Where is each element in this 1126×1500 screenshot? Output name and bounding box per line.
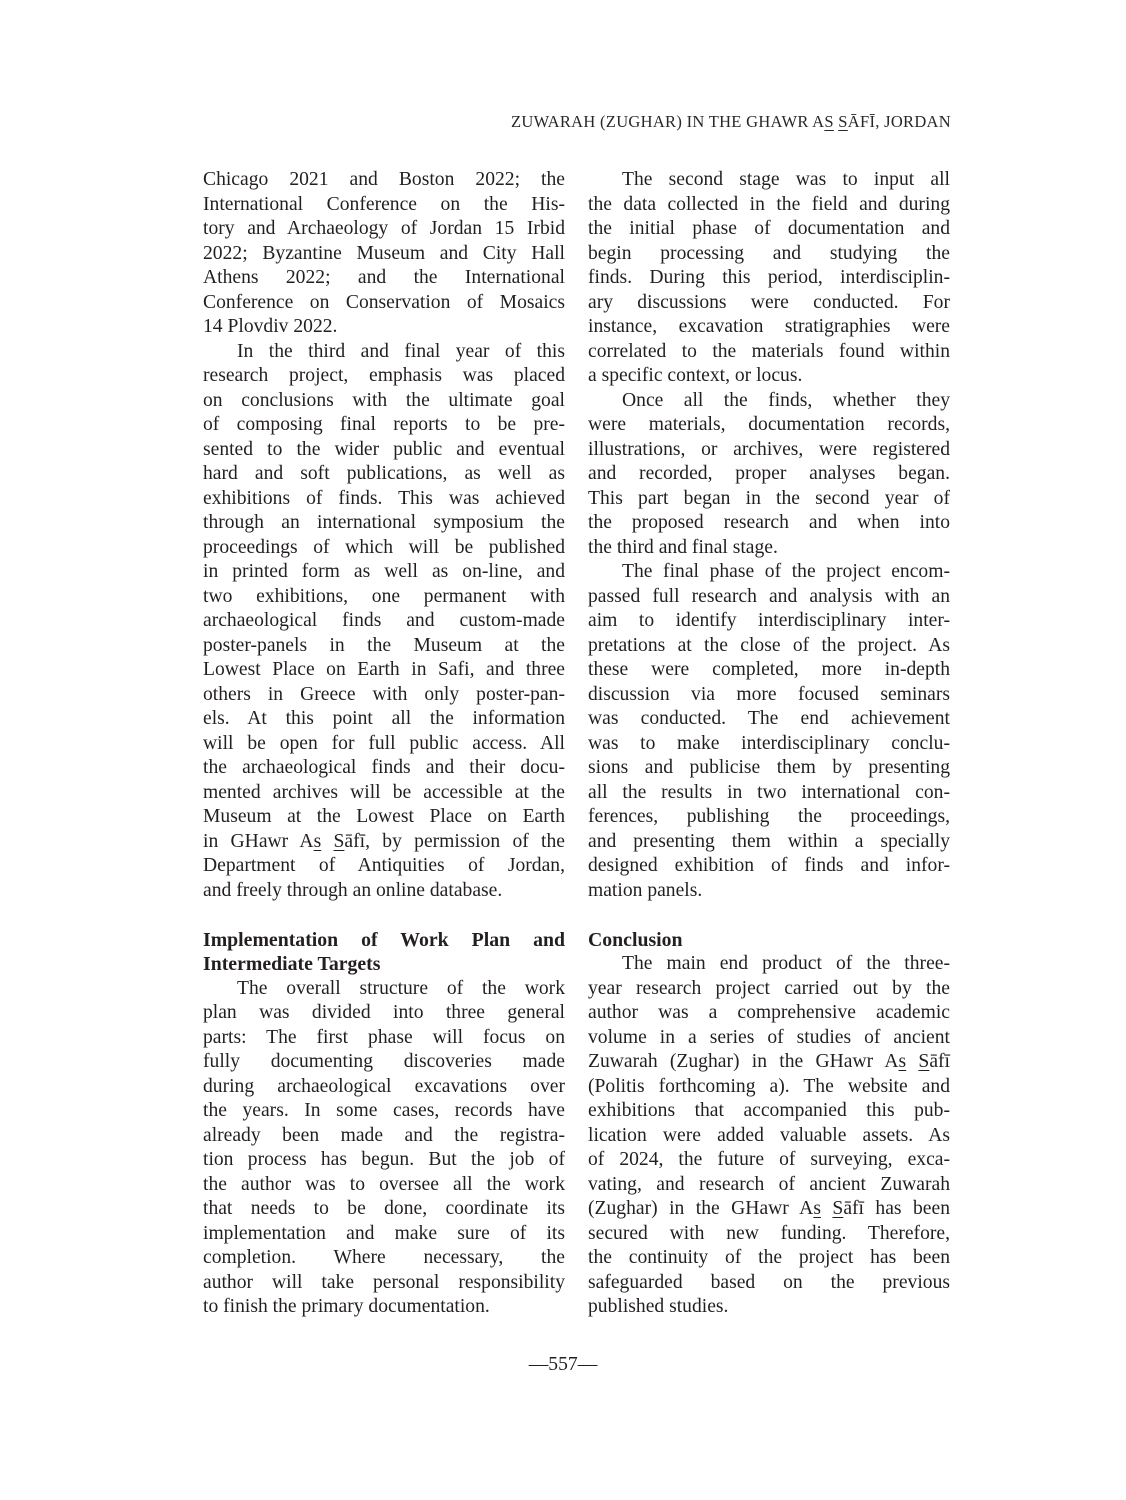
- text-line: a specific context, or locus.: [588, 364, 950, 389]
- text-line: the author was to oversee all the work: [203, 1173, 565, 1198]
- text-line: ferences, publishing the proceedings,: [588, 805, 950, 830]
- text-line: designed exhibition of finds and infor-: [588, 854, 950, 879]
- text-line: author was a comprehensive academic: [588, 1001, 950, 1026]
- text-line: of composing final reports to be pre-: [203, 413, 565, 438]
- text-line: This part began in the second year of: [588, 487, 950, 512]
- right-column: The second stage was to input all the da…: [588, 168, 950, 1320]
- text-line: International Conference on the His-: [203, 193, 565, 218]
- text-line: all the results in two international con…: [588, 781, 950, 806]
- text-line: to finish the primary documentation.: [203, 1295, 565, 1320]
- text-line: archaeological finds and custom-made: [203, 609, 565, 634]
- section-heading-conclusion: Conclusion: [588, 928, 950, 953]
- text-line: two exhibitions, one permanent with: [203, 585, 565, 610]
- paragraph-conferences: Chicago 2021 and Boston 2022; the Intern…: [203, 168, 565, 340]
- text-line: 2022; Byzantine Museum and City Hall: [203, 242, 565, 267]
- text-line: the initial phase of documentation and: [588, 217, 950, 242]
- running-head: ZUWARAH (ZUGHAR) IN THE GHAWR AS SĀFĪ, J…: [511, 112, 951, 132]
- text-line: safeguarded based on the previous: [588, 1271, 950, 1296]
- text-line: these were completed, more in-depth: [588, 658, 950, 683]
- text-line: exhibitions that accompanied this pub-: [588, 1099, 950, 1124]
- text-line: The final phase of the project encom-: [588, 560, 950, 585]
- text-line: on conclusions with the ultimate goal: [203, 389, 565, 414]
- text-line: the continuity of the project has been: [588, 1246, 950, 1271]
- text-line: was to make interdisciplinary conclu-: [588, 732, 950, 757]
- heading-line: Intermediate Targets: [203, 952, 565, 977]
- text-line: illustrations, or archives, were registe…: [588, 438, 950, 463]
- paragraph-final-phase: The final phase of the project encom- pa…: [588, 560, 950, 903]
- text-line: The main end product of the three-: [588, 952, 950, 977]
- text-line: pretations at the close of the project. …: [588, 634, 950, 659]
- left-column: Chicago 2021 and Boston 2022; the Intern…: [203, 168, 565, 1320]
- text-line: 14 Plovdiv 2022.: [203, 315, 565, 340]
- text-line: volume in a series of studies of ancient: [588, 1026, 950, 1051]
- text-line: aim to identify interdisciplinary inter-: [588, 609, 950, 634]
- text-line: lication were added valuable assets. As: [588, 1124, 950, 1149]
- text-line: poster-panels in the Museum at the: [203, 634, 565, 659]
- text-line: mation panels.: [588, 879, 950, 904]
- text-line: author will take personal responsibility: [203, 1271, 565, 1296]
- text-line: Once all the finds, whether they: [588, 389, 950, 414]
- text-line: that needs to be done, coordinate its: [203, 1197, 565, 1222]
- text-line: tion process has begun. But the job of: [203, 1148, 565, 1173]
- text-line: research project, emphasis was placed: [203, 364, 565, 389]
- text-line: els. At this point all the information: [203, 707, 565, 732]
- text-line: in printed form as well as on-line, and: [203, 560, 565, 585]
- paragraph-second-stage: The second stage was to input all the da…: [588, 168, 950, 389]
- text-line: exhibitions of finds. This was achieved: [203, 487, 565, 512]
- text-line: hard and soft publications, as well as: [203, 462, 565, 487]
- text-line: will be open for full public access. All: [203, 732, 565, 757]
- text-line: implementation and make sure of its: [203, 1222, 565, 1247]
- text-line: instance, excavation stratigraphies were: [588, 315, 950, 340]
- text-line: secured with new funding. Therefore,: [588, 1222, 950, 1247]
- text-line: Department of Antiquities of Jordan,: [203, 854, 565, 879]
- text-line: and presenting them within a specially: [588, 830, 950, 855]
- text-line: year research project carried out by the: [588, 977, 950, 1002]
- running-head-text: ZUWARAH (ZUGHAR) IN THE GHAWR AS SĀFĪ, J…: [511, 112, 951, 131]
- text-line: parts: The first phase will focus on: [203, 1026, 565, 1051]
- text-line: the data collected in the field and duri…: [588, 193, 950, 218]
- text-line: passed full research and analysis with a…: [588, 585, 950, 610]
- text-line: during archaeological excavations over: [203, 1075, 565, 1100]
- text-line: the third and final stage.: [588, 536, 950, 561]
- text-line: sented to the wider public and eventual: [203, 438, 565, 463]
- text-line: Museum at the Lowest Place on Earth: [203, 805, 565, 830]
- text-line: tory and Archaeology of Jordan 15 Irbid: [203, 217, 565, 242]
- text-line: The overall structure of the work: [203, 977, 565, 1002]
- text-line: through an international symposium the: [203, 511, 565, 536]
- text-line: sions and publicise them by presenting: [588, 756, 950, 781]
- text-line: correlated to the materials found within: [588, 340, 950, 365]
- text-line: mented archives will be accessible at th…: [203, 781, 565, 806]
- section-heading-implementation: Implementation of Work Plan and Intermed…: [203, 928, 565, 977]
- text-line-place-name: Zuwarah (Zughar) in the GHawr As Sāfī: [588, 1050, 950, 1075]
- text-line: and freely through an online database.: [203, 879, 565, 904]
- paragraph-third-year: In the third and final year of this rese…: [203, 340, 565, 904]
- text-line: vating, and research of ancient Zuwarah: [588, 1173, 950, 1198]
- text-line: published studies.: [588, 1295, 950, 1320]
- text-line: Conference on Conservation of Mosaics: [203, 291, 565, 316]
- text-line: ary discussions were conducted. For: [588, 291, 950, 316]
- text-line: Lowest Place on Earth in Safi, and three: [203, 658, 565, 683]
- text-line: finds. During this period, interdiscipli…: [588, 266, 950, 291]
- text-line: fully documenting discoveries made: [203, 1050, 565, 1075]
- paragraph-conclusion: The main end product of the three- year …: [588, 952, 950, 1320]
- section-gap: [203, 903, 565, 928]
- text-line-place-name: (Zughar) in the GHawr As Sāfī has been: [588, 1197, 950, 1222]
- text-line: were materials, documentation records,: [588, 413, 950, 438]
- text-line: already been made and the registra-: [203, 1124, 565, 1149]
- text-line: Athens 2022; and the International: [203, 266, 565, 291]
- page-number: —557—: [0, 1354, 1126, 1376]
- text-line: the archaeological finds and their docu-: [203, 756, 565, 781]
- text-line-place-name: in GHawr As Sāfī, by permission of the: [203, 830, 565, 855]
- section-gap: [588, 903, 950, 928]
- text-line: completion. Where necessary, the: [203, 1246, 565, 1271]
- text-line: plan was divided into three general: [203, 1001, 565, 1026]
- text-line: Chicago 2021 and Boston 2022; the: [203, 168, 565, 193]
- text-line: (Politis forthcoming a). The website and: [588, 1075, 950, 1100]
- text-line: and recorded, proper analyses began.: [588, 462, 950, 487]
- text-line: The second stage was to input all: [588, 168, 950, 193]
- heading-line: Implementation of Work Plan and: [203, 928, 565, 953]
- text-line: begin processing and studying the: [588, 242, 950, 267]
- text-line: was conducted. The end achievement: [588, 707, 950, 732]
- text-line: others in Greece with only poster-pan-: [203, 683, 565, 708]
- text-line: the proposed research and when into: [588, 511, 950, 536]
- text-line: of 2024, the future of surveying, exca-: [588, 1148, 950, 1173]
- text-line: the years. In some cases, records have: [203, 1099, 565, 1124]
- text-line: discussion via more focused seminars: [588, 683, 950, 708]
- paragraph-work-plan: The overall structure of the work plan w…: [203, 977, 565, 1320]
- text-line: proceedings of which will be published: [203, 536, 565, 561]
- text-line: In the third and final year of this: [203, 340, 565, 365]
- paragraph-finds-registered: Once all the finds, whether they were ma…: [588, 389, 950, 561]
